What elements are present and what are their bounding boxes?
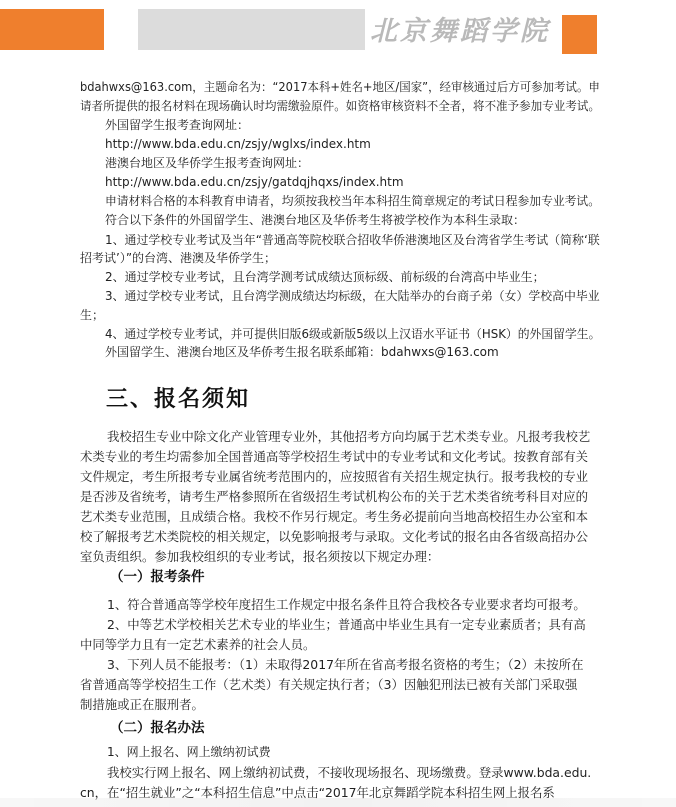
subheading-registration-method: （二）报名办法 — [110, 719, 205, 737]
label-hmt-query-url: 港澳台地区及华侨学生报考查询网址： — [105, 155, 600, 171]
intro-paragraph-line: 文件规定，考生所报考专业属省统考范围内的，应按照省有关招生规定执行。报考我校的专… — [80, 469, 600, 485]
school-logo-text: 北京舞蹈学院 — [370, 12, 558, 52]
method-item-1-text: 我校实行网上报名、网上缴纳初试费，不接收现场报名、现场缴费。登录www.bda.… — [107, 765, 602, 781]
condition-item-4: 4、通过学校专业考试，并可提供旧版6级或新版5级以上汉语水平证书（HSK）的外国… — [105, 326, 592, 342]
header-accent-bar-left — [0, 9, 104, 50]
intro-paragraph-line: 术类专业的考生均需参加全国普通高等学校招生考试中的专业考试和文化考试。按教育部有… — [80, 449, 600, 465]
eligibility-item-2: 2、中等艺术学校相关艺术专业的毕业生；普通高中毕业生具有一定专业素质者；具有高 — [107, 617, 602, 633]
link-hmt-students-url[interactable]: http://www.bda.edu.cn/zsjy/gatdqjhqxs/in… — [105, 174, 600, 190]
condition-item-1-cont: 招考试’）”的台湾、港澳及华侨学生； — [80, 250, 600, 266]
section-heading-registration-notice: 三、报名须知 — [106, 386, 250, 414]
condition-item-2: 2、通过学校专业考试，且台湾学测考试成绩达顶标级、前标级的台湾高中毕业生； — [105, 269, 600, 285]
header-accent-square-right — [562, 15, 597, 54]
eligibility-item-1: 1、符合普通高等学校年度招生工作规定中报名条件且符合我校各专业要求者均可报考。 — [107, 597, 602, 613]
body-text-line: bdahwxs@163.com，主题命名为：“2017本科+姓名+地区/国家”，… — [80, 79, 576, 95]
intro-paragraph-line: 艺术类专业范围，且成绩合格。我校不作另行规定。考生务必提前向当地高校招生办公室和… — [80, 509, 600, 525]
eligibility-item-3-cont: 省普通高等学校招生工作（艺术类）有关规定执行者；（3）因触犯刑法已被有关部门采取… — [80, 677, 600, 693]
method-item-1-title: 1、网上报名、网上缴纳初试费 — [107, 744, 602, 760]
subheading-eligibility: （一）报考条件 — [110, 568, 205, 586]
faint-watermark — [0, 798, 676, 807]
eligibility-item-3-cont: 制措施或正在服刑者。 — [80, 697, 600, 713]
intro-paragraph-line: 校了解报考艺术类院校的相关规定，以免影响报考与录取。文化考试的报名由各省级高招办… — [80, 529, 600, 545]
label-foreign-query-url: 外国留学生报考查询网址： — [105, 117, 600, 133]
body-text-line: 请者所提供的报名材料在现场确认时均需缴验原件。如资格审核资料不全者，将不准予参加… — [80, 98, 581, 114]
intro-paragraph-line: 室负责组织。参加我校组织的专业考试，报名须按以下规定办理： — [80, 549, 600, 565]
link-foreign-students-url[interactable]: http://www.bda.edu.cn/zsjy/wglxs/index.h… — [105, 136, 600, 152]
intro-paragraph-line: 我校招生专业中除文化产业管理专业外，其他招考方向均属于艺术类专业。凡报考我校艺 — [107, 429, 602, 445]
eligibility-item-2-cont: 中同等学力且有一定艺术素养的社会人员。 — [80, 637, 600, 653]
contact-email-line: 外国留学生、港澳台地区及华侨考生报名联系邮箱：bdahwxs@163.com — [105, 344, 600, 360]
header-gray-bar — [138, 9, 365, 50]
condition-item-1: 1、通过学校专业考试及当年“普通高等院校联合招收华侨港澳地区及台湾省学生考试（简… — [105, 232, 597, 248]
intro-paragraph-line: 是否涉及省统考，请考生严格参照所在省级招生考试机构公布的关于艺术类省统考科目对应… — [80, 489, 600, 505]
body-text-line: 符合以下条件的外国留学生、港澳台地区及华侨考生将被学校作为本科生录取： — [105, 212, 600, 228]
body-text-line: 申请材料合格的本科教育申请者，均须按我校当年本科招生简章规定的考试日程参加专业考… — [105, 193, 591, 209]
condition-item-3: 3、通过学校专业考试，且台湾学测成绩达均标级，在大陆举办的台商子弟（女）学校高中… — [105, 288, 595, 304]
condition-item-3-cont: 生； — [80, 307, 600, 323]
eligibility-item-3: 3、下列人员不能报考：（1）未取得2017年所在省高考报名资格的考生；（2）未按… — [107, 657, 602, 673]
